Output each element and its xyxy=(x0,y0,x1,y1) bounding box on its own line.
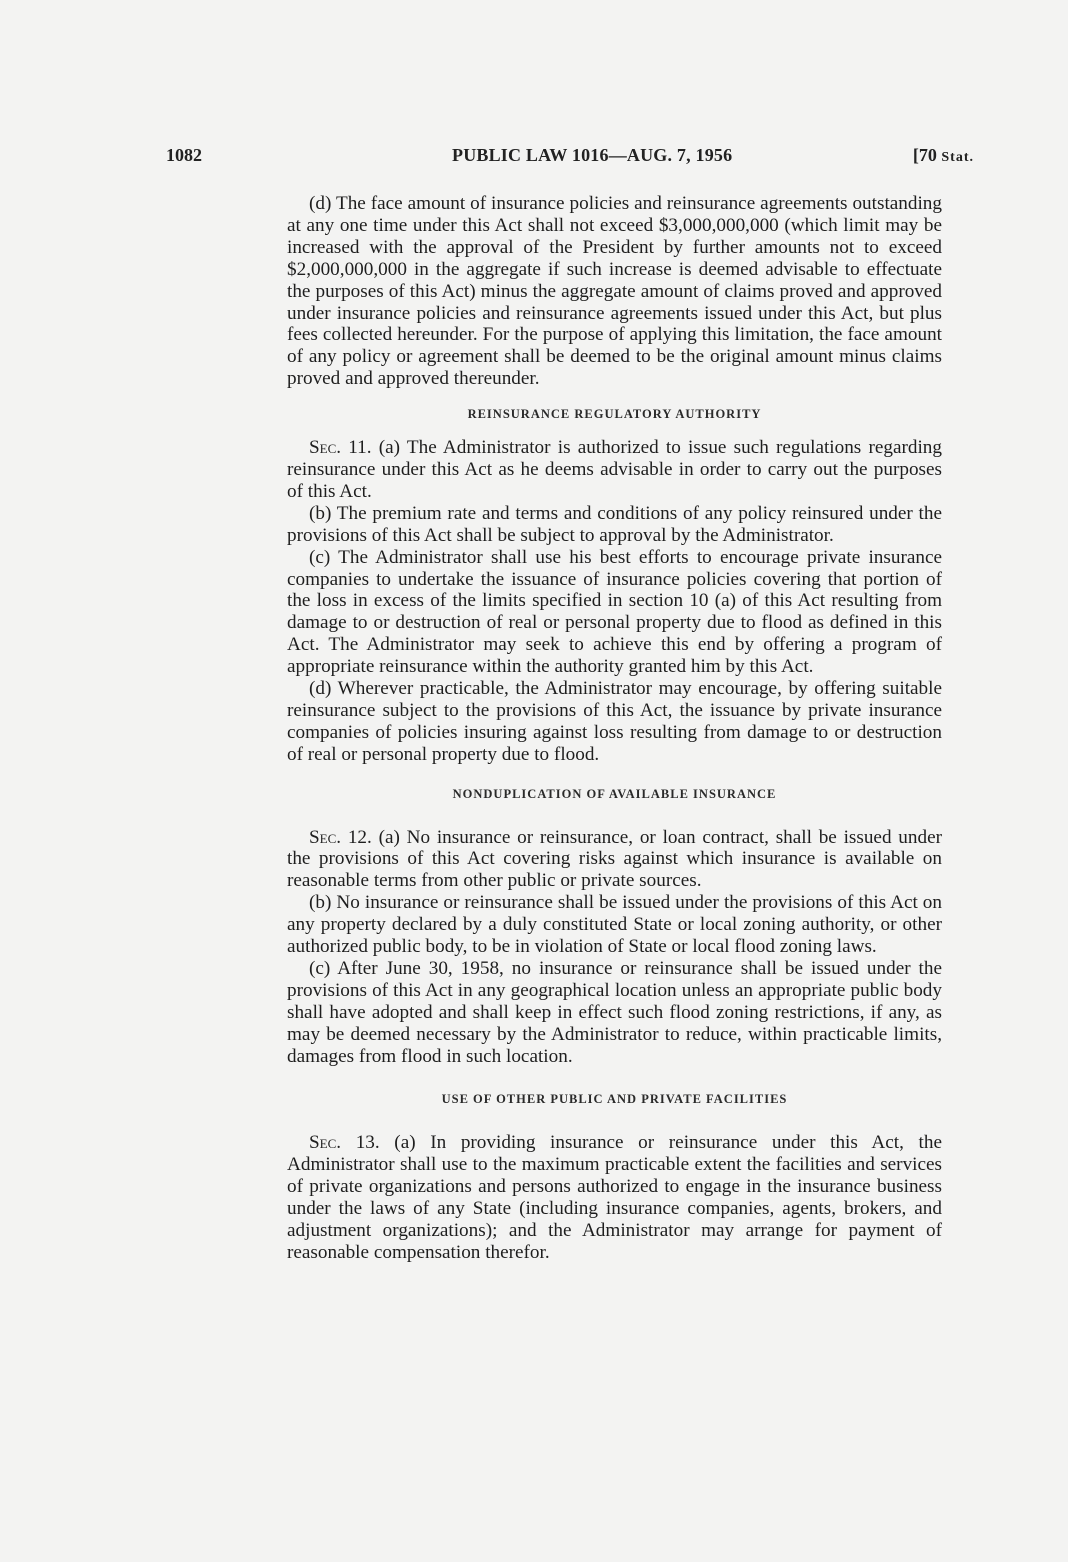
heading-nonduplication: NONDUPLICATION OF AVAILABLE INSURANCE xyxy=(287,784,942,806)
sec12-paragraph-c: (c) After June 30, 1958, no insurance or… xyxy=(287,958,942,1068)
page-header: 1082 PUBLIC LAW 1016—AUG. 7, 1956 [70 St… xyxy=(166,145,974,169)
statute-volume: [70 xyxy=(913,145,942,165)
document-page: 1082 PUBLIC LAW 1016—AUG. 7, 1956 [70 St… xyxy=(0,0,1068,1562)
sec11-paragraph-b: (b) The premium rate and terms and condi… xyxy=(287,503,942,547)
sec11-paragraph-a: Sec. 11. (a) The Administrator is author… xyxy=(287,437,942,503)
sec12-paragraph-b: (b) No insurance or reinsurance shall be… xyxy=(287,892,942,958)
sec13-paragraph-a: Sec. 13. (a) In providing insurance or r… xyxy=(287,1132,942,1263)
sec11-paragraph-c: (c) The Administrator shall use his best… xyxy=(287,547,942,678)
sec11-a-text: (a) The Administrator is authorized to i… xyxy=(287,437,942,502)
section-label: Sec. 11. xyxy=(309,437,372,458)
running-title: PUBLIC LAW 1016—AUG. 7, 1956 xyxy=(452,145,732,166)
sec12-a-text: (a) No insurance or reinsurance, or loan… xyxy=(287,827,942,892)
section-label: Sec. 13. xyxy=(309,1132,380,1153)
heading-reinsurance-regulatory-authority: REINSURANCE REGULATORY AUTHORITY xyxy=(287,404,942,426)
statute-reference: [70 Stat. xyxy=(913,145,974,166)
sec13-a-text: (a) In providing insurance or reinsuranc… xyxy=(287,1132,942,1263)
sec12-paragraph-a: Sec. 12. (a) No insurance or reinsurance… xyxy=(287,827,942,893)
heading-use-of-facilities: USE OF OTHER PUBLIC AND PRIVATE FACILITI… xyxy=(287,1089,942,1111)
section-label: Sec. 12. xyxy=(309,827,372,848)
sec10-paragraph-d: (d) The face amount of insurance policie… xyxy=(287,193,942,390)
statute-label: Stat. xyxy=(941,150,974,165)
page-number: 1082 xyxy=(166,145,202,166)
sec11-paragraph-d: (d) Wherever practicable, the Administra… xyxy=(287,678,942,766)
body-text: (d) The face amount of insurance policie… xyxy=(287,193,942,1264)
